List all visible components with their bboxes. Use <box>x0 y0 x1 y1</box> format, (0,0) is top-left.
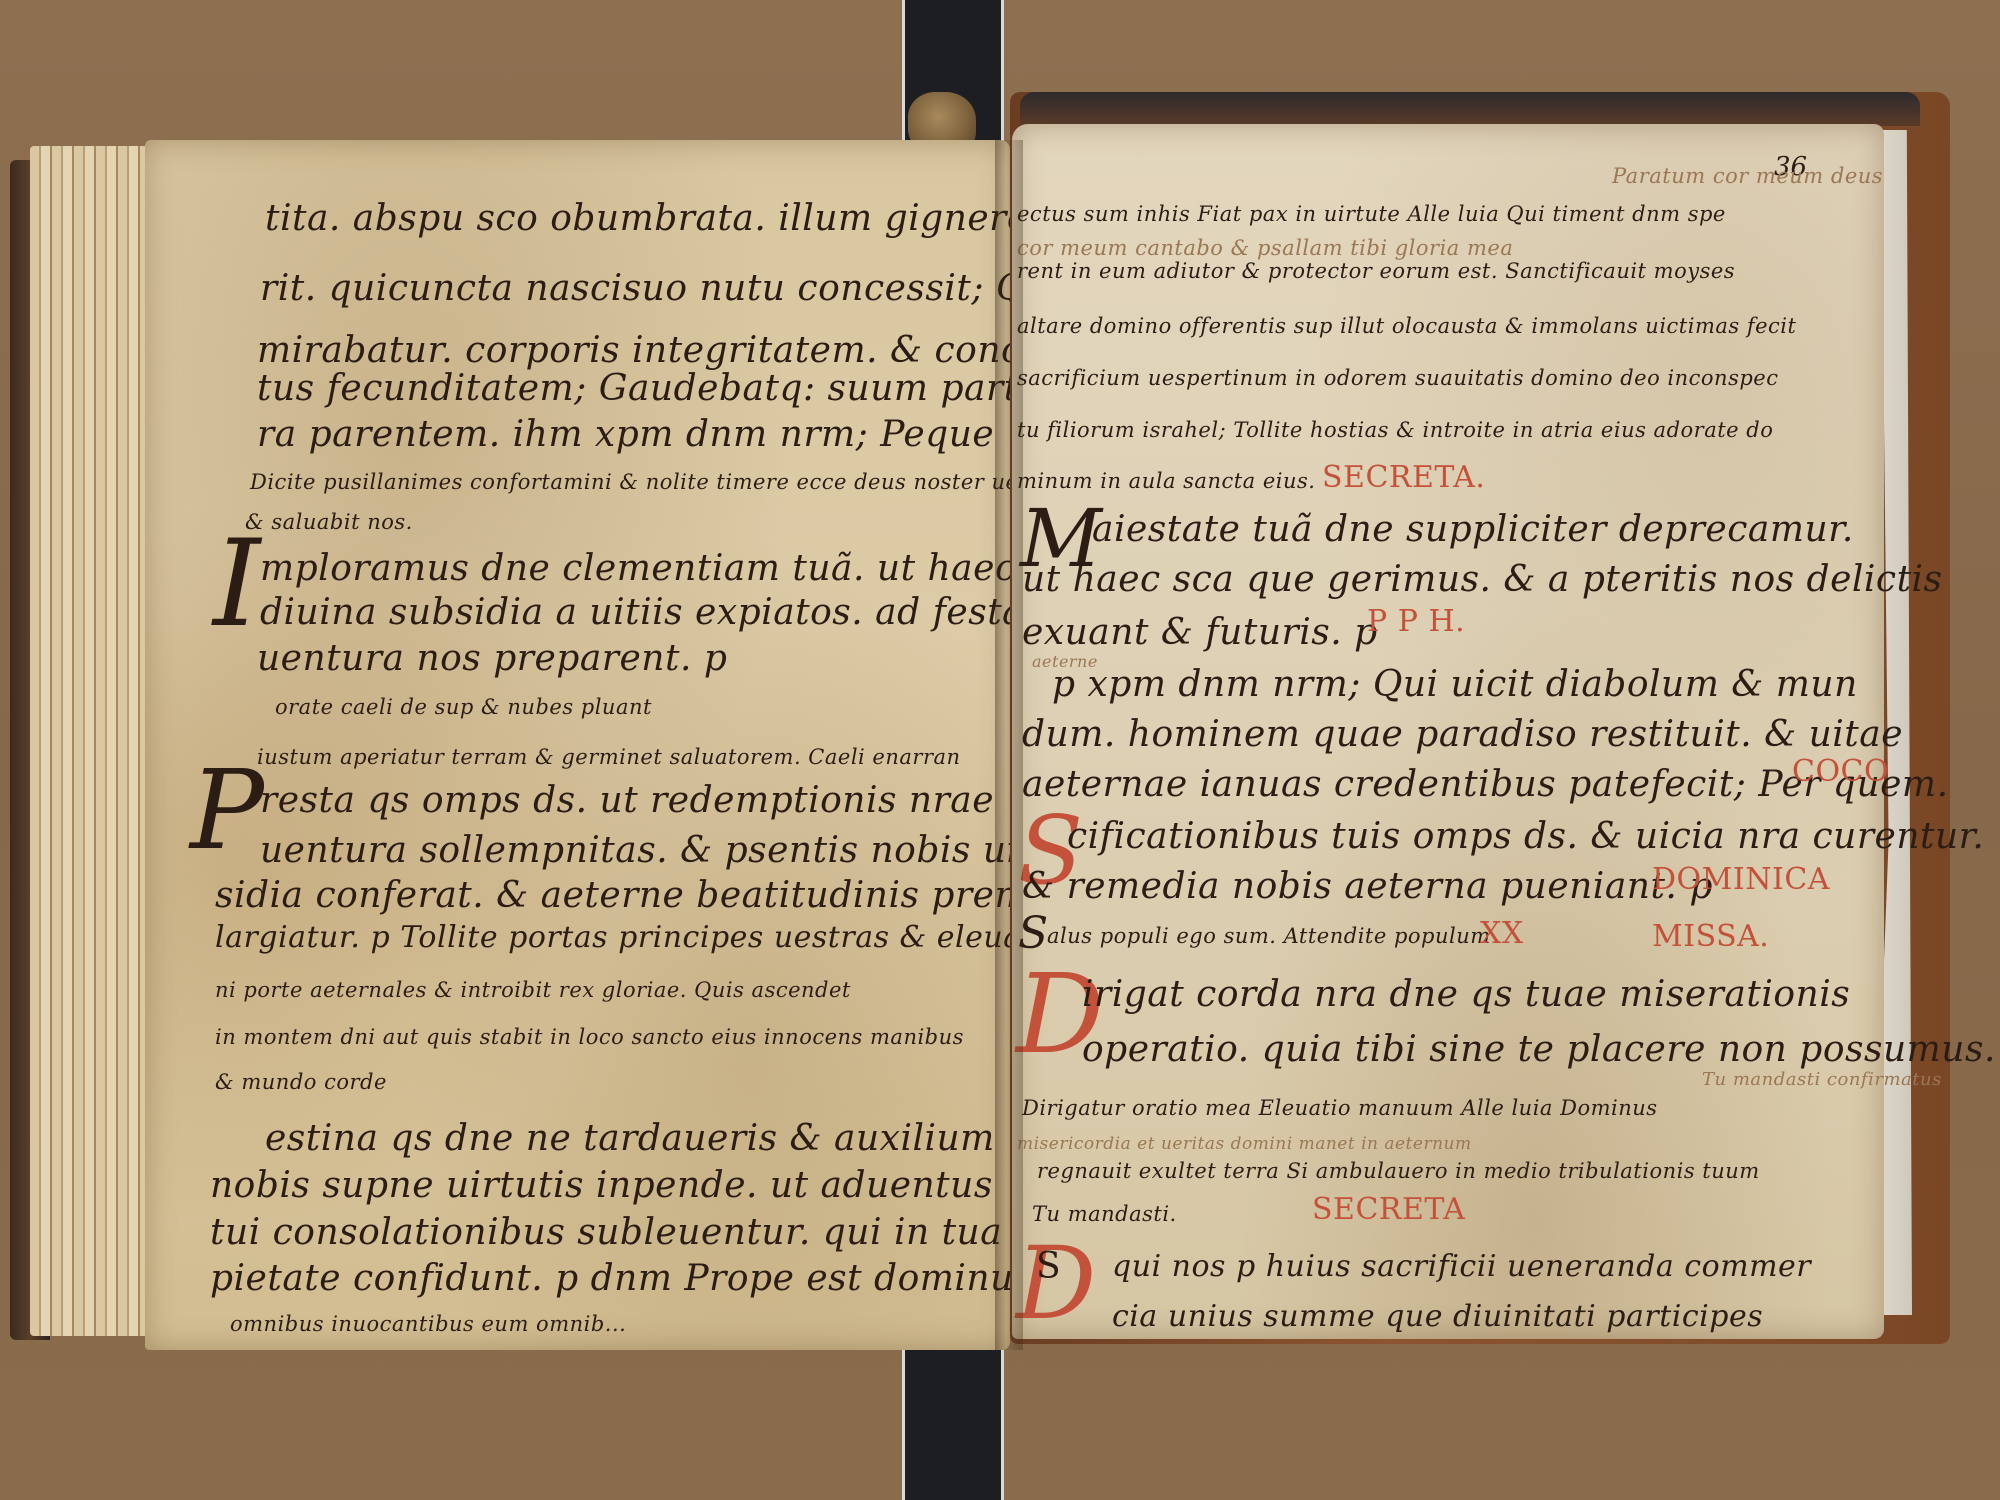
chant-incipit: Dicite pusillanimes confortamini & nolit… <box>250 470 1040 494</box>
initial-P: P <box>190 755 264 865</box>
chant-incipit: regnauit exultet terra Si ambulauero in … <box>1037 1159 1760 1183</box>
text-line: p xpm dnm nrm; Qui uicit diabolum & mun <box>1052 664 1858 705</box>
text-line: qui nos p huius sacrificii ueneranda com… <box>1112 1249 1811 1284</box>
text-line: resta qs omps ds. ut redemptionis nrae <box>260 780 994 821</box>
rubric-communio: COCO <box>1792 754 1889 789</box>
gutter <box>995 140 1023 1350</box>
text-line: largiatur. p Tollite portas principes ue… <box>215 920 1061 955</box>
text-line: tui consolationibus subleuentur. qui in … <box>210 1212 1002 1253</box>
text-line: tus fecunditatem; Gaudebatq: suum parta <box>257 368 1041 409</box>
text-line: exuant & futuris. p <box>1022 612 1378 653</box>
text-line: mploramus dne clementiam tuã. ut haec <box>260 548 1016 589</box>
rubric-secreta: SECRETA. <box>1322 460 1485 495</box>
rubric-dominica-number: XX <box>1480 916 1524 951</box>
marginal-note: Paratum cor meum deus <box>1612 164 1883 188</box>
chant-incipit: & mundo corde <box>215 1070 387 1094</box>
text-line: nobis supne uirtutis inpende. ut aduentu… <box>210 1165 993 1206</box>
marginal-note: Tu mandasti confirmatus <box>1702 1069 1942 1090</box>
text-line: tita. abspu sco obumbrata. illum gignere… <box>265 198 1097 239</box>
marginal-note: misericordia et ueritas domini manet in … <box>1017 1134 1472 1154</box>
chant-incipit: & saluabit nos. <box>245 510 413 534</box>
text-line: ra parentem. ihm xpm dnm nrm; Peque <box>257 414 994 455</box>
initial-I: I <box>213 525 260 645</box>
chant-incipit: minum in aula sancta eius. <box>1017 469 1315 493</box>
rubric-missa: MISSA. <box>1652 919 1769 954</box>
chant-incipit: iustum aperiatur terram & germinet salua… <box>257 745 961 769</box>
text-line: mirabatur. corporis integritatem. & conc… <box>257 330 1067 371</box>
text-line: sidia conferat. & aeterne beatitudinis p… <box>215 875 1029 916</box>
rubric-dominica: DOMINICA <box>1652 862 1830 897</box>
text-line: rit. quicuncta nascisuo nutu concessit; … <box>260 268 1062 309</box>
chant-incipit: tu filiorum israhel; Tollite hostias & i… <box>1017 418 1773 442</box>
rubric-praefatio: P P H. <box>1367 604 1465 639</box>
text-line: aiestate tuã dne suppliciter deprecamur. <box>1092 509 1854 550</box>
text-line: estina qs dne ne tardaueris & auxilium <box>265 1118 995 1159</box>
chant-incipit: omnibus inuocantibus eum omnib... <box>230 1312 626 1336</box>
fore-edge-leaves <box>30 146 150 1336</box>
text-line: pietate confidunt. p dnm Prope est domin… <box>210 1258 1033 1299</box>
chant-incipit: altare domino offerentis sup illut oloca… <box>1017 314 1796 338</box>
initial-S-inner: S <box>1036 1249 1061 1285</box>
right-cover-top-edge <box>1020 92 1920 126</box>
text-line: irigat corda nra dne qs tuae miserationi… <box>1082 974 1850 1015</box>
chant-incipit: alus populi ego sum. Attendite populum <box>1047 924 1491 948</box>
rubric-secreta-2: SECRETA <box>1312 1192 1465 1227</box>
right-page: 36 Paratum cor meum deus ectus sum inhis… <box>1012 124 1884 1339</box>
left-page: tita. abspu sco obumbrata. illum gignere… <box>145 140 1010 1350</box>
chant-incipit: Tu mandasti. <box>1032 1202 1177 1226</box>
chant-incipit: Dirigatur oratio mea Eleuatio manuum All… <box>1022 1096 1658 1120</box>
text-line: cia unius summe que diuinitati participe… <box>1112 1299 1763 1334</box>
marginal-note: cor meum cantabo & psallam tibi gloria m… <box>1017 236 1513 260</box>
text-line: cificationibus tuis omps ds. & uicia nra… <box>1067 816 1984 857</box>
chant-incipit: rent in eum adiutor & protector eorum es… <box>1017 259 1735 283</box>
chant-incipit: orate caeli de sup & nubes pluant <box>275 695 652 719</box>
text-line: ut haec sca que gerimus. & a pteritis no… <box>1022 559 1943 600</box>
chant-incipit: in montem dni aut quis stabit in loco sa… <box>215 1025 964 1049</box>
chant-incipit: sacrificium uespertinum in odorem suauit… <box>1017 366 1778 390</box>
text-line: operatio. quia tibi sine te placere non … <box>1082 1029 2000 1070</box>
chant-incipit: ni porte aeternales & introibit rex glor… <box>215 978 851 1002</box>
text-line: & remedia nobis aeterna pueniant. p <box>1022 866 1713 907</box>
text-line: dum. hominem quae paradiso restituit. & … <box>1022 714 1903 755</box>
chant-incipit: ectus sum inhis Fiat pax in uirtute Alle… <box>1017 202 1726 226</box>
text-line: diuina subsidia a uitiis expiatos. ad fe… <box>260 592 1024 633</box>
text-line: uentura nos preparent. p <box>257 638 727 679</box>
